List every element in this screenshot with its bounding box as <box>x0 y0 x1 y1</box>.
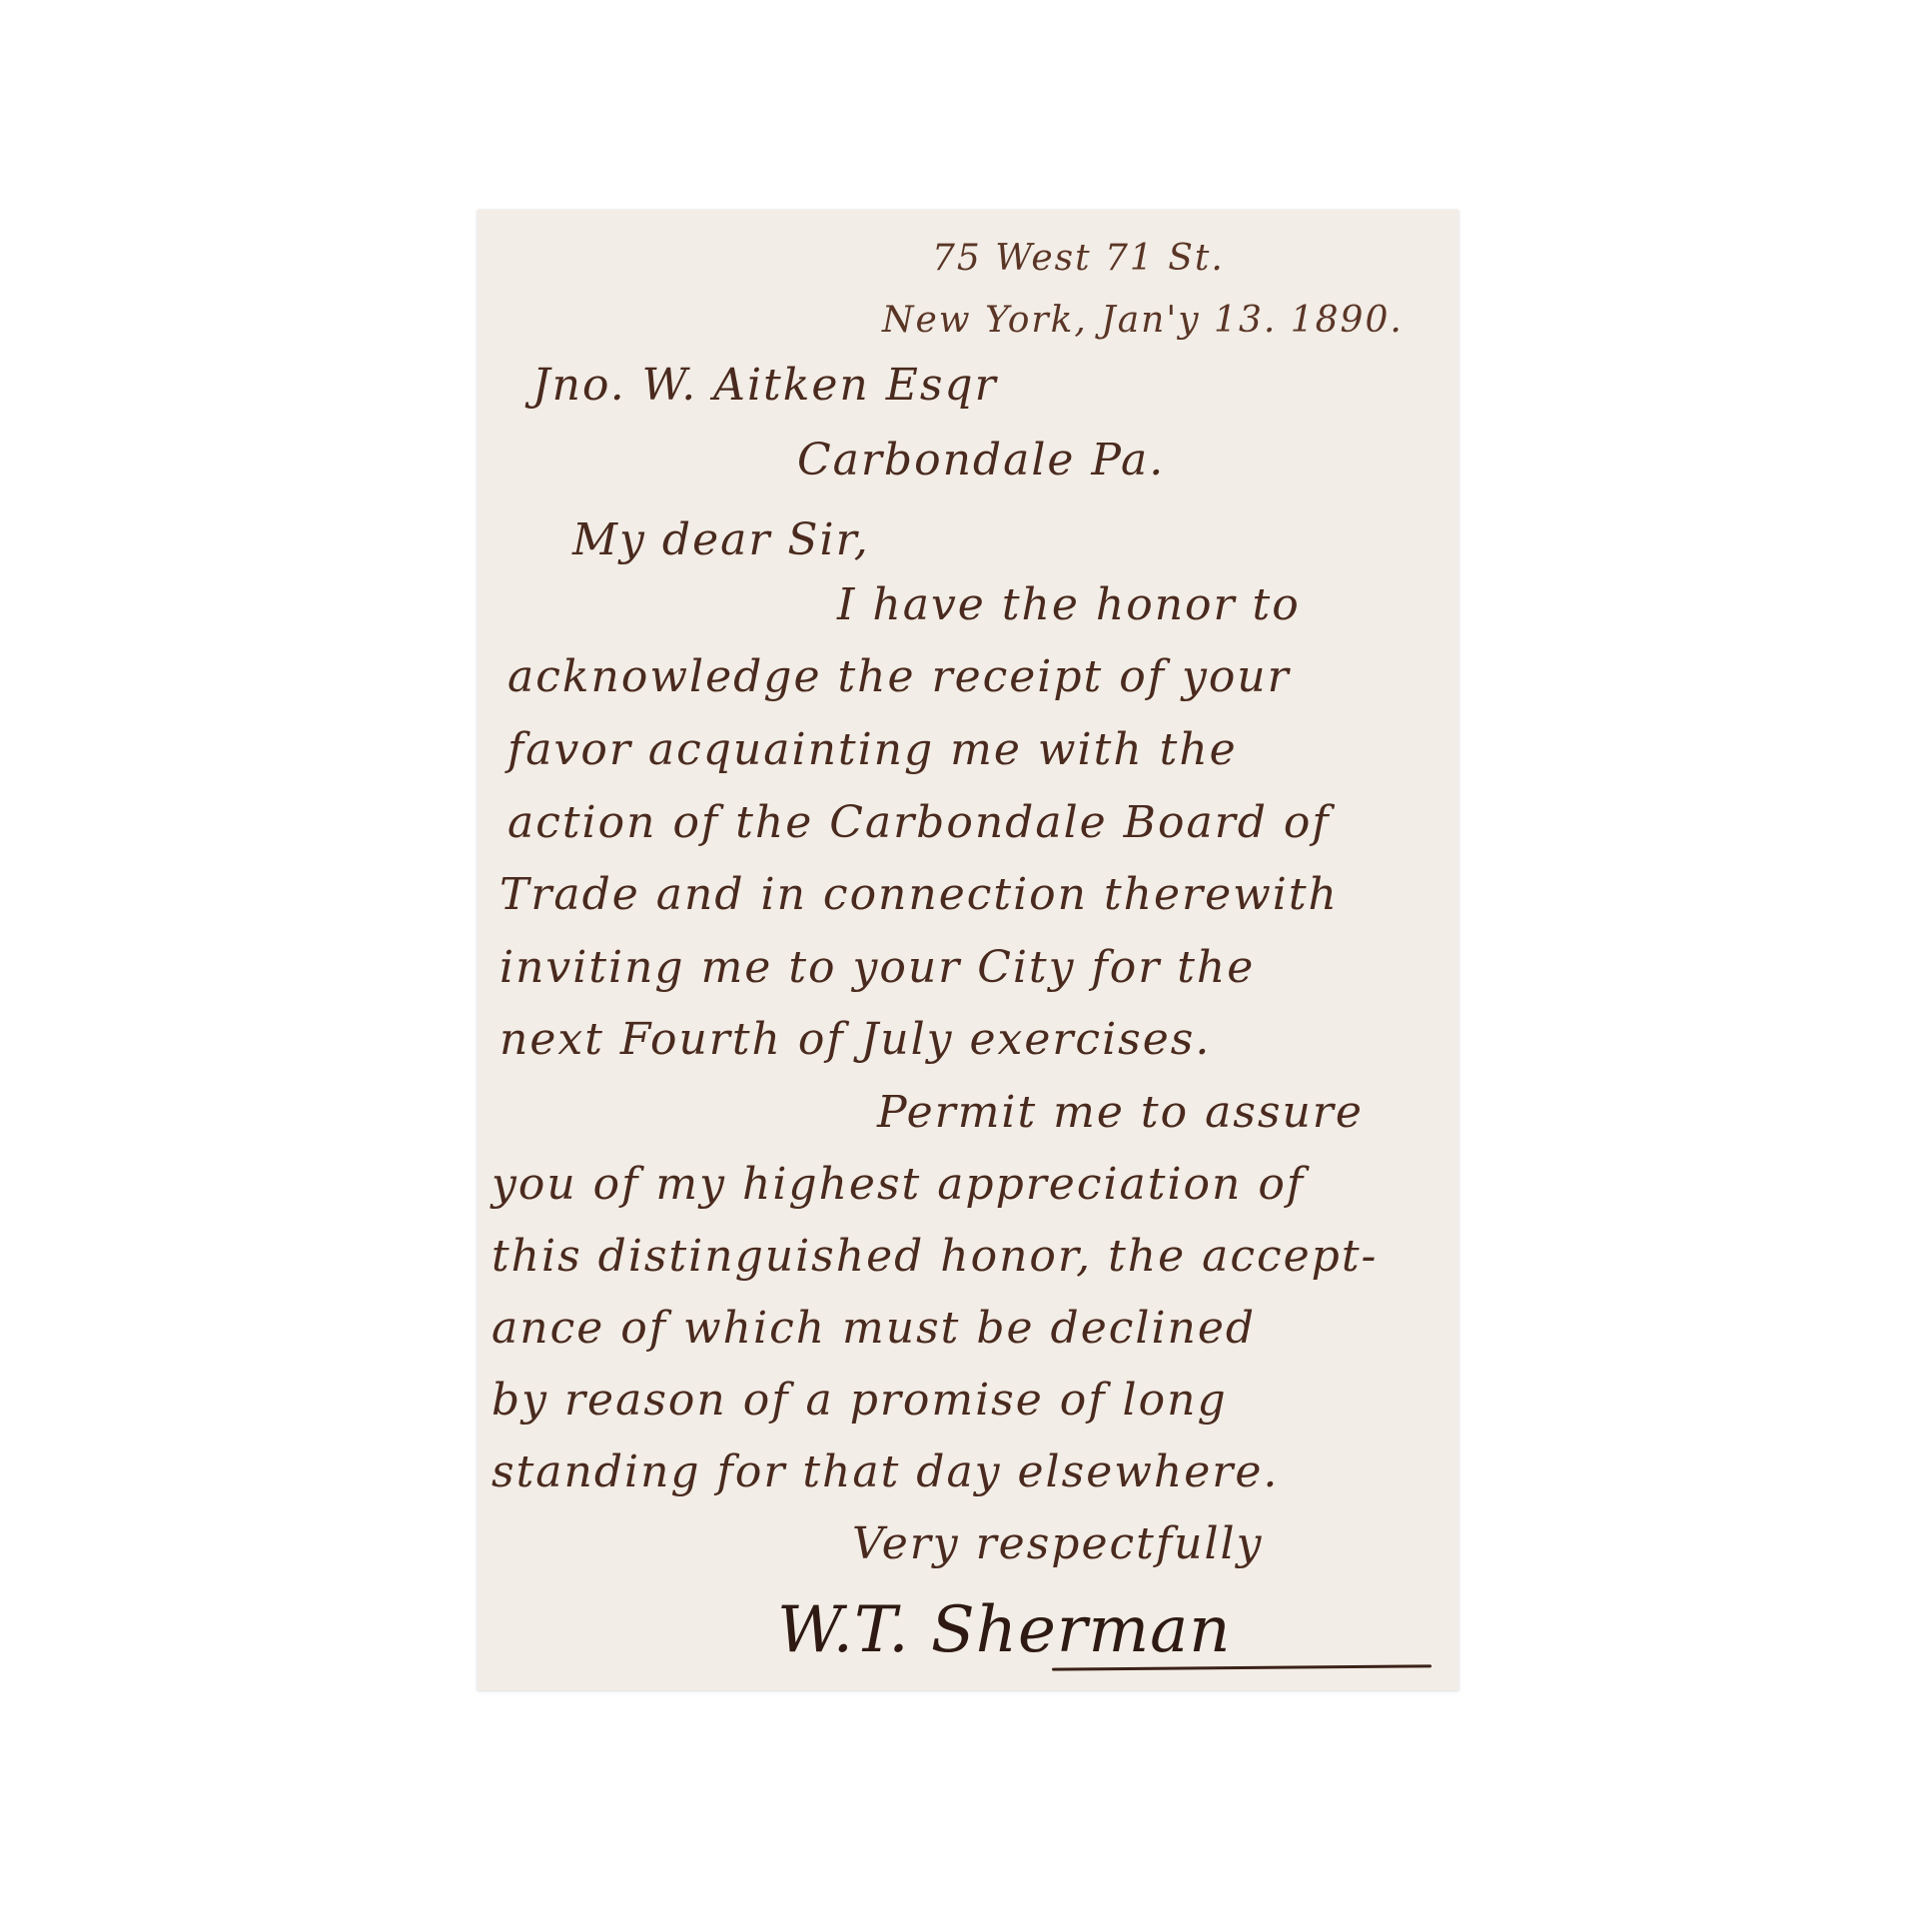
body-line-2: acknowledge the receipt of your <box>507 651 1291 702</box>
body-line-5: Trade and in connection therewith <box>499 869 1339 920</box>
body-line-12: by reason of a promise of long <box>491 1375 1228 1426</box>
body-line-3: favor acquainting me with the <box>507 724 1238 775</box>
body-line-10: this distinguished honor, the accept- <box>491 1231 1378 1282</box>
address-line-1: 75 West 71 St. <box>932 238 1225 279</box>
body-line-4: action of the Carbondale Board of <box>507 797 1331 848</box>
body-line-7: next Fourth of July exercises. <box>499 1014 1211 1065</box>
recipient-name: Jno. W. Aitken Esqr <box>532 360 998 411</box>
body-line-8: Permit me to assure <box>877 1087 1364 1138</box>
closing: Very respectfully <box>852 1518 1263 1569</box>
body-line-6: inviting me to your City for the <box>499 942 1255 993</box>
letter-paper: 75 West 71 St. New York, Jan'y 13. 1890.… <box>478 210 1458 1690</box>
salutation: My dear Sir, <box>572 514 870 565</box>
body-line-13: standing for that day elsewhere. <box>491 1447 1279 1497</box>
signature: W.T. Sherman <box>777 1593 1232 1667</box>
body-line-1: I have the honor to <box>837 579 1301 630</box>
body-line-11: ance of which must be declined <box>491 1303 1256 1354</box>
recipient-city: Carbondale Pa. <box>797 435 1165 485</box>
body-line-9: you of my highest appreciation of <box>491 1159 1305 1210</box>
address-line-2-date: New York, Jan'y 13. 1890. <box>882 300 1404 341</box>
